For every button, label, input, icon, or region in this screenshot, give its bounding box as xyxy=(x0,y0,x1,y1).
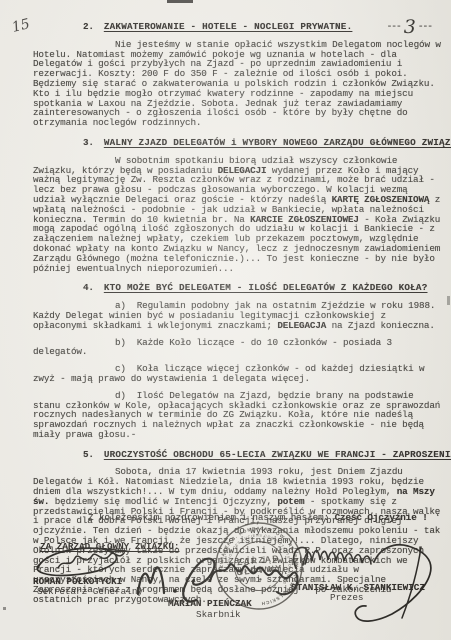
section-title: UROCZYSTOŚĆ OBCHODU 65-LECIA ZWIĄZKU WE … xyxy=(104,449,451,460)
section-title: KTO MOŻE BYĆ DELEGATEM - ILOŚĆ DELEGATÓW… xyxy=(104,282,428,293)
section-title: ZAKWATEROWANIE - HOTELE - NOCLEGI PRYWAT… xyxy=(104,21,353,32)
section-heading: 3.WALNY ZJAZD DELEGATÓW i WYBORY NOWEGO … xyxy=(83,138,441,148)
item-text: Koła liczące więcej członków - od każdej… xyxy=(33,363,424,384)
list-item-c: c) Koła liczące więcej członków - od każ… xyxy=(33,364,441,384)
signatory-role-president: Prezes xyxy=(330,592,363,603)
item-text: Regulamin podobny jak na ostatnim Zjeźdz… xyxy=(33,300,435,331)
section-title: WALNY ZJAZD DELEGATÓW i WYBORY NOWEGO ZA… xyxy=(104,137,451,148)
signatory-role-secretary: Sekretarz Generalny xyxy=(37,586,143,597)
scanned-document-page: 15 ---3--- 2.ZAKWATEROWANIE - HOTELE - N… xyxy=(0,0,451,640)
section-number: 3. xyxy=(83,137,94,148)
section-heading: 2.ZAKWATEROWANIE - HOTELE - NOCLEGI PRYW… xyxy=(83,22,441,32)
section-delegates-rules: 4.KTO MOŻE BYĆ DELEGATEM - ILOŚĆ DELEGAT… xyxy=(33,283,441,439)
list-item-b: b) Każde Koło liczące - do 10 członków -… xyxy=(33,338,441,358)
signatory-role-treasurer: Skarbnik xyxy=(196,609,241,620)
section-number: 4. xyxy=(83,282,94,293)
signatory-name-treasurer: MARIAN PIEŃCZAK xyxy=(168,598,252,609)
section-paragraph: W sobotnim spotkaniu biorą udział wszysc… xyxy=(33,156,441,274)
scan-artifact-top xyxy=(167,0,193,3)
section-paragraph: Nie jesteśmy w stanie opłacić wszystkim … xyxy=(33,40,441,128)
list-item-d: d) Ilość Delegatów na Zjazd, będzie bran… xyxy=(33,391,441,440)
handwritten-margin-note: 15 xyxy=(10,16,31,36)
section-number: 5. xyxy=(83,449,94,460)
item-text: Ilość Delegatów na Zjazd, będzie brany n… xyxy=(33,390,440,440)
signature-block-intro: ZA ZARZĄD GŁÓWNY ZWIĄZKU: xyxy=(40,541,179,552)
scan-artifact-right xyxy=(447,296,450,305)
section-accommodation: 2.ZAKWATEROWANIE - HOTELE - NOCLEGI PRYW… xyxy=(33,22,441,128)
item-text: Każde Koło liczące - do 10 członków - po… xyxy=(33,337,392,358)
item-letter: b) xyxy=(115,337,126,348)
stamp-center-dot xyxy=(259,578,262,581)
section-heading: 5.UROCZYSTOŚĆ OBCHODU 65-LECIA ZWIĄZKU W… xyxy=(83,450,441,460)
scan-artifact-bottom-left xyxy=(3,607,6,610)
section-number: 2. xyxy=(83,21,94,32)
section-congress-elections: 3.WALNY ZJAZD DELEGATÓW i WYBORY NOWEGO … xyxy=(33,138,441,273)
list-item-a: a) Regulamin podobny jak na ostatnim Zje… xyxy=(33,301,441,330)
section-heading: 4.KTO MOŻE BYĆ DELEGATEM - ILOŚĆ DELEGAT… xyxy=(83,283,441,293)
